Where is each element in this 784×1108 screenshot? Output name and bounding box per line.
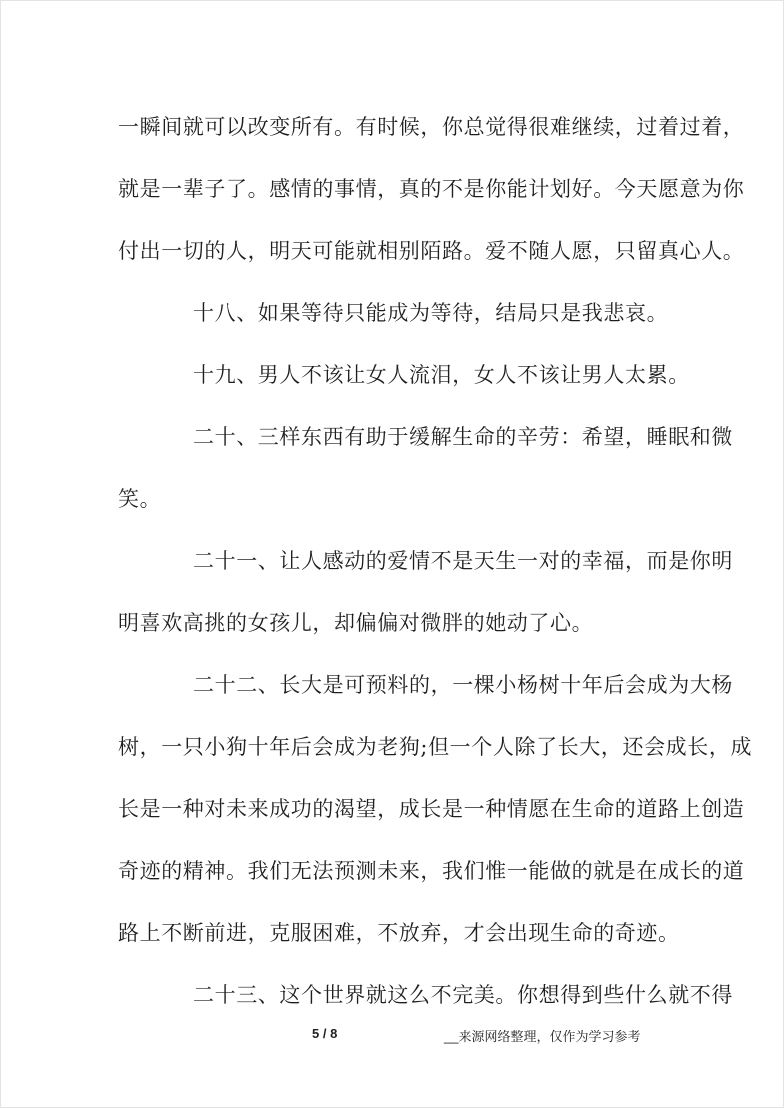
text-line: 长是一种对未来成功的渴望，成长是一种情愿在生命的道路上创造 — [118, 789, 678, 851]
paragraph-20: 二十、三样东西有助于缓解生命的辛劳：希望，睡眠和微 — [118, 417, 678, 479]
paragraph-22: 二十二、长大是可预料的，一棵小杨树十年后会成为大杨 — [118, 665, 678, 727]
page-footer: 5 / 8 __来源网络整理，仅作为学习参考 — [1, 1024, 783, 1046]
document-page: 一瞬间就可以改变所有。有时候，你总觉得很难继续，过着过着， 就是一辈子了。感情的… — [0, 0, 784, 1108]
text-line: 奇迹的精神。我们无法预测未来，我们惟一能做的就是在成长的道 — [118, 851, 678, 913]
text-line: 明喜欢高挑的女孩儿，却偏偏对微胖的她动了心。 — [118, 603, 678, 665]
paragraph-21: 二十一、让人感动的爱情不是天生一对的幸福，而是你明 — [118, 541, 678, 603]
source-note: __来源网络整理，仅作为学习参考 — [444, 1026, 640, 1045]
text-line: 路上不断前进，克服困难，不放弃，才会出现生命的奇迹。 — [118, 913, 678, 975]
paragraph-18: 十八、如果等待只能成为等待，结局只是我悲哀。 — [118, 293, 678, 355]
paragraph-19: 十九、男人不该让女人流泪，女人不该让男人太累。 — [118, 355, 678, 417]
document-body: 一瞬间就可以改变所有。有时候，你总觉得很难继续，过着过着， 就是一辈子了。感情的… — [118, 107, 678, 1037]
text-line: 付出一切的人，明天可能就相别陌路。爱不随人愿，只留真心人。 — [118, 231, 678, 293]
text-line: 树，一只小狗十年后会成为老狗;但一个人除了长大，还会成长，成 — [118, 727, 678, 789]
text-line: 就是一辈子了。感情的事情，真的不是你能计划好。今天愿意为你 — [118, 169, 678, 231]
text-line: 一瞬间就可以改变所有。有时候，你总觉得很难继续，过着过着， — [118, 107, 678, 169]
text-line: 笑。 — [118, 479, 678, 541]
page-number: 5 / 8 — [312, 1026, 337, 1041]
